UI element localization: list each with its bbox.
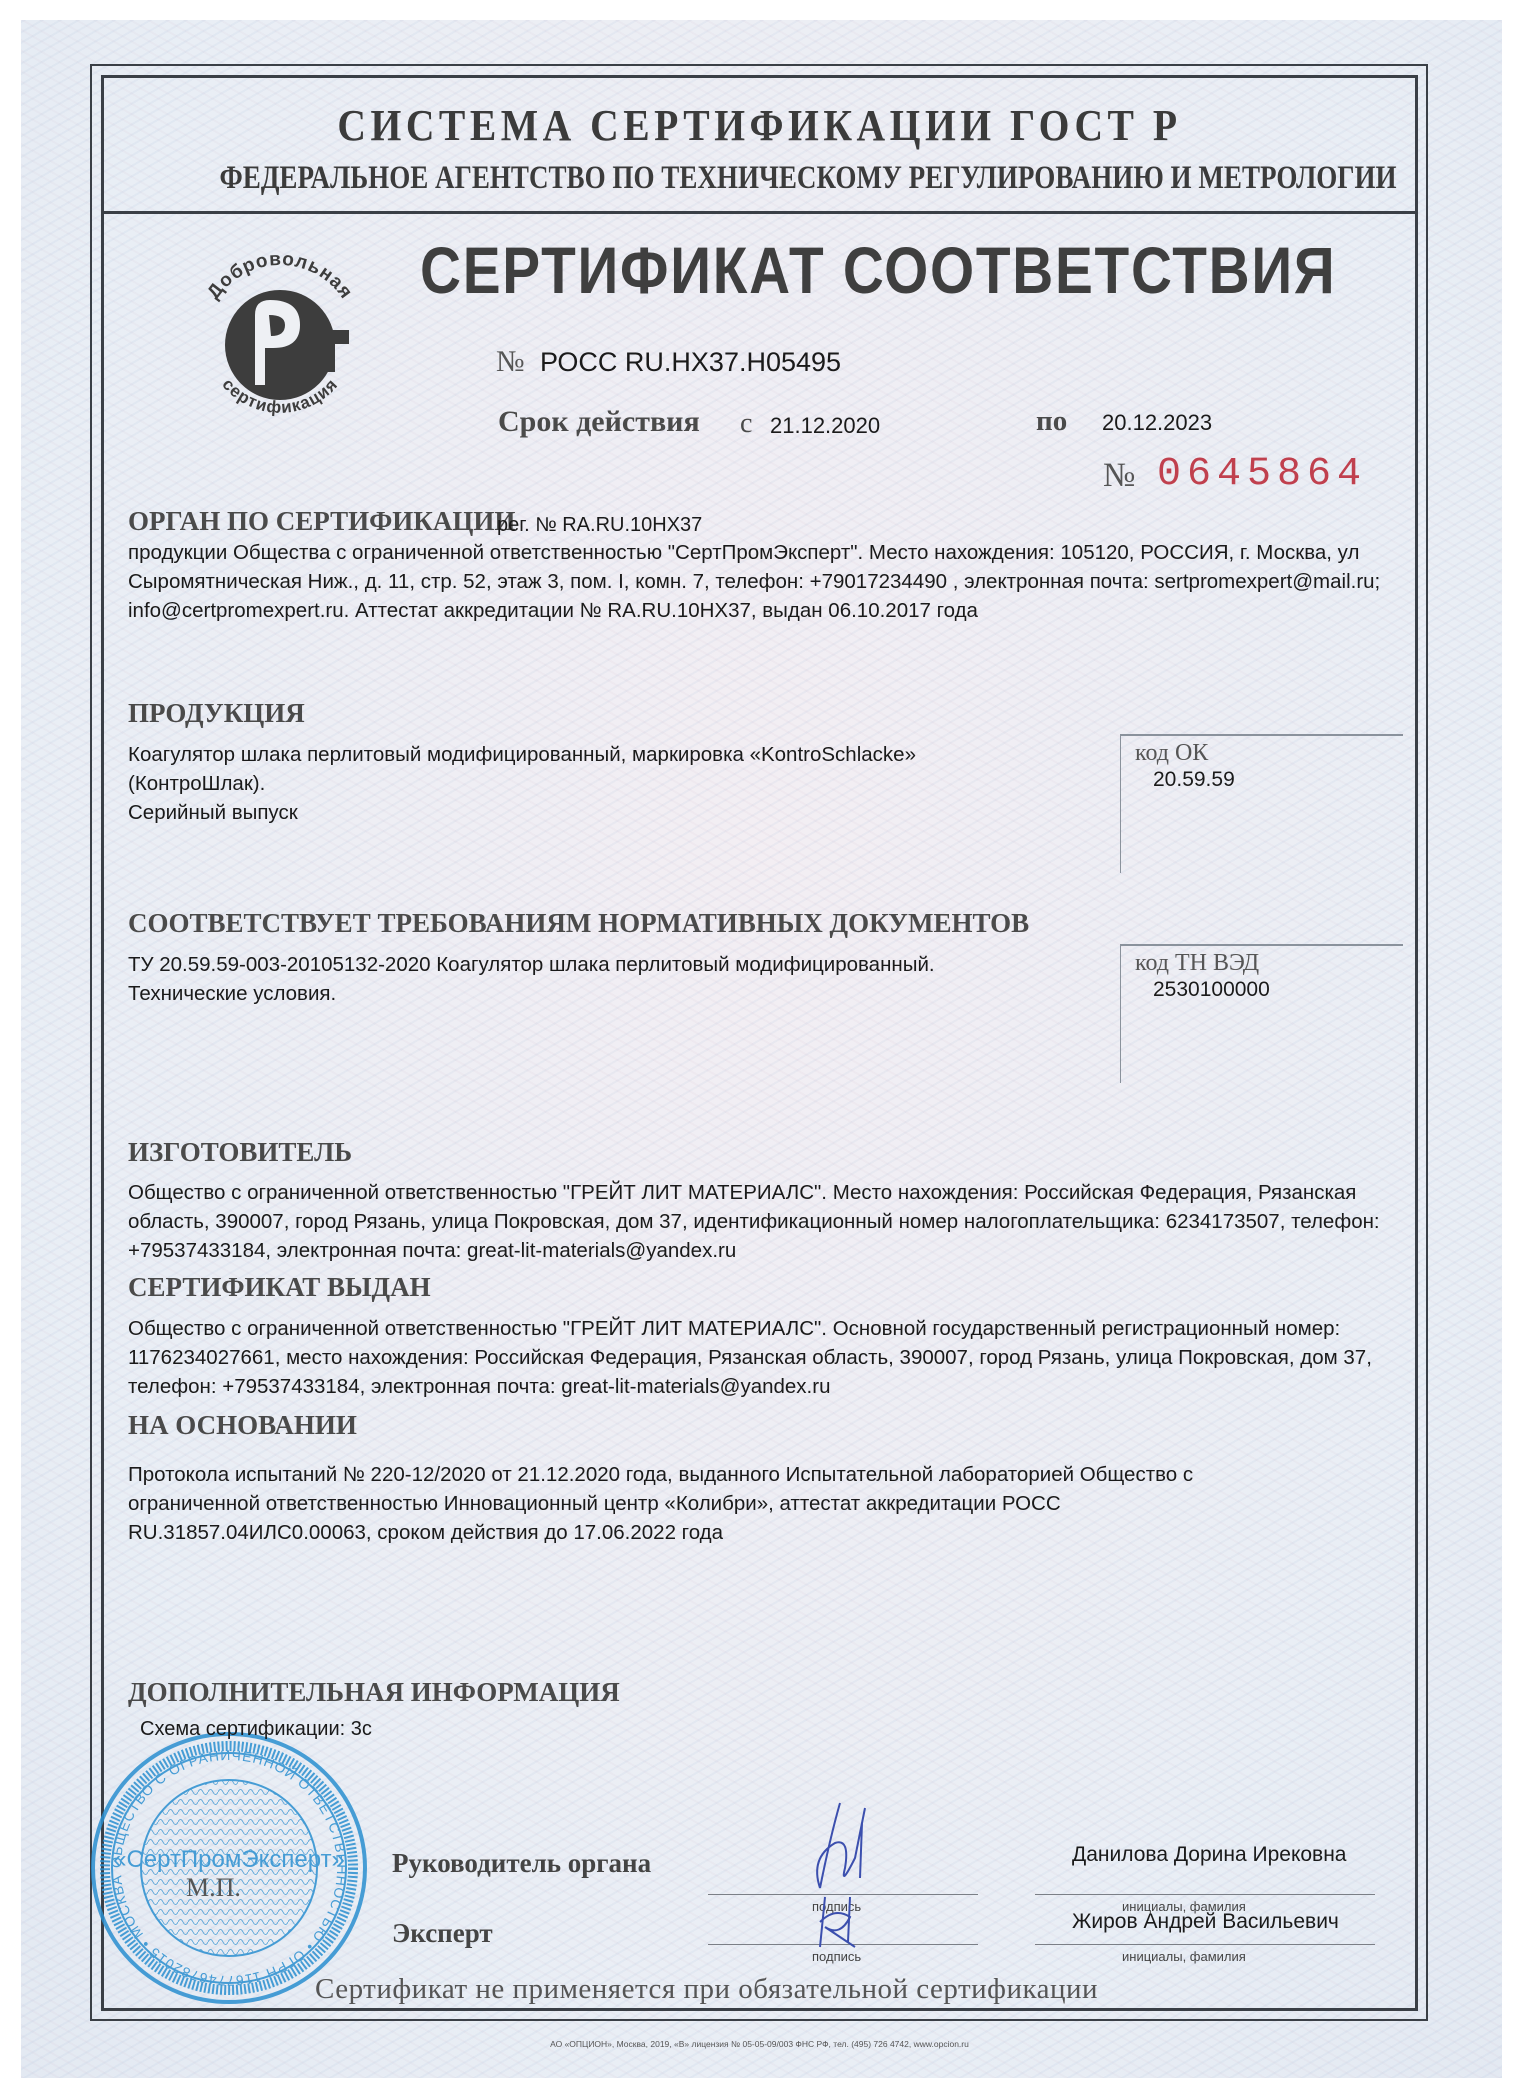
- section-title-basis: НА ОСНОВАНИИ: [128, 1410, 357, 1441]
- certificate-number-label: №: [496, 345, 525, 379]
- head-name: Данилова Дорина Ирековна: [1072, 1843, 1346, 1867]
- section-title-manufacturer: ИЗГОТОВИТЕЛЬ: [128, 1137, 352, 1168]
- issued-to-details: Общество с ограниченной ответственностью…: [128, 1314, 1398, 1401]
- serial-number: 0645864: [1157, 452, 1367, 497]
- validity-from-label: с: [740, 408, 752, 440]
- product-description: Коагулятор шлака перлитовый модифицирова…: [128, 740, 1108, 827]
- ok-code-value: 20.59.59: [1153, 768, 1235, 792]
- body-reg-number: рег. № RA.RU.10НХ37: [497, 514, 702, 537]
- svg-text:«СертПромЭксперт»: «СертПромЭксперт»: [113, 1846, 345, 1873]
- conformity-documents: ТУ 20.59.59-003-20105132-2020 Коагулятор…: [128, 950, 1108, 1008]
- head-label: Руководитель органа: [392, 1848, 651, 1879]
- head-name-line: [1035, 1894, 1375, 1895]
- expert-name: Жиров Андрей Васильевич: [1072, 1910, 1339, 1934]
- section-title-additional: ДОПОЛНИТЕЛЬНАЯ ИНФОРМАЦИЯ: [128, 1677, 620, 1708]
- section-title-issued-to: СЕРТИФИКАТ ВЫДАН: [128, 1272, 431, 1303]
- validity-to-label: по: [1036, 405, 1067, 438]
- expert-signature-caption: подпись: [812, 1949, 861, 1964]
- rst-logo-icon: Добровольная сертификация: [185, 245, 375, 435]
- body-details: продукции Общества с ограниченной ответс…: [128, 538, 1398, 625]
- agency-title: ФЕДЕРАЛЬНОЕ АГЕНТСТВО ПО ТЕХНИЧЕСКОМУ РЕ…: [220, 160, 1300, 197]
- ok-code-box: код ОК 20.59.59: [1120, 734, 1403, 873]
- validity-label: Срок действия: [498, 405, 700, 439]
- section-title-conformity: СООТВЕТСТВУЕТ ТРЕБОВАНИЯМ НОРМАТИВНЫХ ДО…: [128, 908, 1029, 939]
- section-title-product: ПРОДУКЦИЯ: [128, 698, 305, 729]
- certificate-number: РОСС RU.НХ37.Н05495: [540, 347, 841, 378]
- ok-code-label: код ОК: [1135, 740, 1208, 767]
- expert-name-caption: инициалы, фамилия: [1122, 1949, 1246, 1964]
- document-title: СЕРТИФИКАТ СООТВЕТСТВИЯ: [420, 232, 1336, 308]
- expert-signature-icon: [810, 1892, 870, 1952]
- tnved-code-value: 2530100000: [1153, 978, 1270, 1002]
- tnved-code-box: код ТН ВЭД 2530100000: [1120, 944, 1403, 1083]
- printer-imprint: АО «ОПЦИОН», Москва, 2019, «В» лицензия …: [101, 2039, 1418, 2049]
- expert-name-line: [1035, 1944, 1375, 1945]
- valid-to-date: 20.12.2023: [1102, 410, 1212, 436]
- basis-details: Протокола испытаний № 220-12/2020 от 21.…: [128, 1460, 1308, 1547]
- head-signature-icon: [800, 1798, 880, 1898]
- valid-from-date: 21.12.2020: [770, 413, 880, 439]
- manufacturer-details: Общество с ограниченной ответственностью…: [128, 1178, 1398, 1265]
- product-line: Серийный выпуск: [128, 798, 1108, 827]
- header-divider: [101, 211, 1418, 214]
- conformity-line: Технические условия.: [128, 979, 1108, 1008]
- product-line: Коагулятор шлака перлитовый модифицирова…: [128, 740, 1108, 769]
- footer-note: Сертификат не применяется при обязательн…: [315, 1973, 1098, 2006]
- tnved-code-label: код ТН ВЭД: [1135, 950, 1259, 977]
- certification-scheme: Схема сертификации: 3с: [140, 1718, 372, 1741]
- stamp-seal-icon: ОБЩЕСТВО С ОГРАНИЧЕННОЙ ОТВЕТСТВЕННОСТЬЮ…: [88, 1727, 370, 2009]
- system-title: СИСТЕМА СЕРТИФИКАЦИИ ГОСТ Р: [167, 100, 1352, 151]
- conformity-line: ТУ 20.59.59-003-20105132-2020 Коагулятор…: [128, 950, 1108, 979]
- expert-label: Эксперт: [392, 1918, 493, 1949]
- serial-number-label: №: [1103, 457, 1135, 495]
- section-title-body: ОРГАН ПО СЕРТИФИКАЦИИ: [128, 506, 515, 537]
- stamp-mp-label: М.П.: [186, 1873, 241, 1903]
- product-line: (КонтроШлак).: [128, 769, 1108, 798]
